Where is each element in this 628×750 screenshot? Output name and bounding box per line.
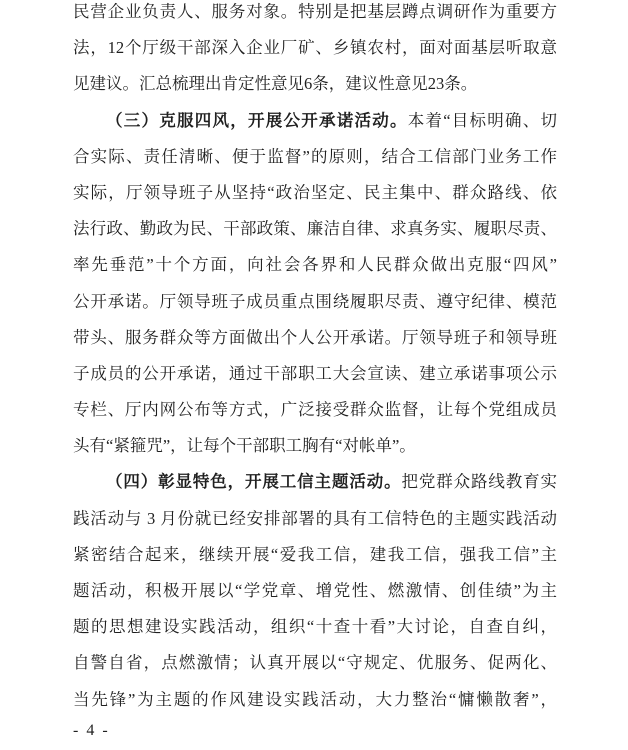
body-text-line: 法行政、勤政为民、干部政策、廉洁自律、求真务实、履职尽责、 (73, 211, 557, 247)
body-text: 紧密结合起来，继续开展“爱我工信，建我工信，强我工信”主 (73, 545, 557, 564)
body-text-line: 法，12个厅级干部深入企业厂矿、乡镇农村，面对面基层听取意 (73, 30, 557, 66)
body-text-line: 践活动与 3 月份就已经安排部署的具有工信特色的主题实践活动 (73, 501, 557, 537)
body-text-line: （四）彰显特色，开展工信主题活动。把党群众路线教育实 (73, 464, 557, 500)
body-text-line: 题的思想建设实践活动，组织“十查十看”大讨论，自查自纠， (73, 609, 557, 645)
section-heading-text: （四）彰显特色，开展工信主题活动。 (106, 472, 401, 491)
body-text: 把党群众路线教育实 (401, 472, 557, 491)
body-text: 当先锋”为主题的作风建设实践活动，大力整治“慵懒散奢”， (73, 690, 557, 709)
body-text-line: 合实际、责任清晰、便于监督”的原则，结合工信部门业务工作 (73, 139, 557, 175)
body-text-line: 头有“紧箍咒”，让每个干部职工胸有“对帐单”。 (73, 428, 557, 464)
body-text: 公开承诺。厅领导班子成员重点围绕履职尽责、遵守纪律、模范 (73, 292, 557, 311)
body-text: 见建议。汇总梳理出肯定性意见6条，建议性意见23条。 (73, 74, 477, 93)
body-text: 本着“目标明确、切 (408, 111, 557, 130)
body-text: 专栏、厅内网公布等方式，广泛接受群众监督，让每个党组成员 (73, 400, 557, 419)
body-text: 头有“紧箍咒”，让每个干部职工胸有“对帐单”。 (73, 436, 416, 455)
body-text: 法行政、勤政为民、干部政策、廉洁自律、求真务实、履职尽责、 (73, 219, 557, 238)
body-text-line: 自警自省，点燃激情；认真开展以“守规定、优服务、促两化、 (73, 645, 557, 681)
body-text-line: 见建议。汇总梳理出肯定性意见6条，建议性意见23条。 (73, 66, 557, 102)
body-text-line: 紧密结合起来，继续开展“爱我工信，建我工信，强我工信”主 (73, 537, 557, 573)
body-text-line: 题活动，积极开展以“学党章、增党性、燃激情、创佳绩”为主 (73, 573, 557, 609)
body-text: 率先垂范”十个方面，向社会各界和人民群众做出克服“四风” (73, 255, 557, 274)
document-body: 民营企业负责人、服务对象。特别是把基层蹲点调研作为重要方法，12个厅级干部深入企… (73, 0, 557, 718)
body-text: 法，12个厅级干部深入企业厂矿、乡镇农村，面对面基层听取意 (73, 38, 557, 57)
body-text-line: 率先垂范”十个方面，向社会各界和人民群众做出克服“四风” (73, 247, 557, 283)
page-number: - 4 - (73, 722, 110, 740)
body-text-line: 民营企业负责人、服务对象。特别是把基层蹲点调研作为重要方 (73, 0, 557, 30)
body-text-line: 当先锋”为主题的作风建设实践活动，大力整治“慵懒散奢”， (73, 682, 557, 718)
section-heading-text: （三）克服四风，开展公开承诺活动。 (106, 111, 408, 130)
body-text: 自警自省，点燃激情；认真开展以“守规定、优服务、促两化、 (73, 653, 557, 672)
body-text-line: 子成员的公开承诺，通过干部职工大会宣读、建立承诺事项公示 (73, 356, 557, 392)
body-text: 题活动，积极开展以“学党章、增党性、燃激情、创佳绩”为主 (73, 581, 557, 600)
body-text-line: （三）克服四风，开展公开承诺活动。本着“目标明确、切 (73, 103, 557, 139)
body-text-line: 公开承诺。厅领导班子成员重点围绕履职尽责、遵守纪律、模范 (73, 284, 557, 320)
body-text: 民营企业负责人、服务对象。特别是把基层蹲点调研作为重要方 (73, 2, 557, 21)
body-text: 带头、服务群众等方面做出个人公开承诺。厅领导班子和领导班 (73, 328, 557, 347)
body-text-line: 实际，厅领导班子从坚持“政治坚定、民主集中、群众路线、依 (73, 175, 557, 211)
body-text-line: 专栏、厅内网公布等方式，广泛接受群众监督，让每个党组成员 (73, 392, 557, 428)
body-text: 子成员的公开承诺，通过干部职工大会宣读、建立承诺事项公示 (73, 364, 557, 383)
body-text: 践活动与 3 月份就已经安排部署的具有工信特色的主题实践活动 (73, 509, 557, 528)
body-text: 题的思想建设实践活动，组织“十查十看”大讨论，自查自纠， (73, 617, 557, 636)
body-text: 实际，厅领导班子从坚持“政治坚定、民主集中、群众路线、依 (73, 183, 557, 202)
body-text-line: 带头、服务群众等方面做出个人公开承诺。厅领导班子和领导班 (73, 320, 557, 356)
document-page: 民营企业负责人、服务对象。特别是把基层蹲点调研作为重要方法，12个厅级干部深入企… (0, 0, 628, 750)
body-text: 合实际、责任清晰、便于监督”的原则，结合工信部门业务工作 (73, 147, 557, 166)
